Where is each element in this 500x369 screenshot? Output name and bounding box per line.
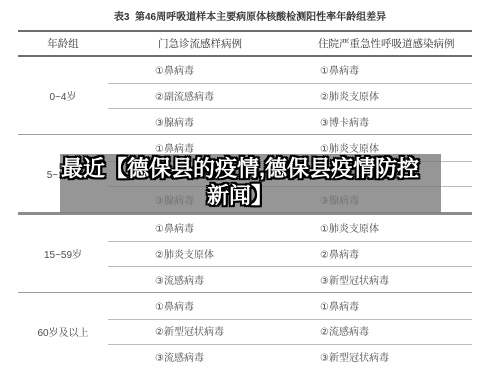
pathogen-cell: ②肺炎支原体 [313,83,472,109]
pathogen-cell: ②肺炎支原体 [108,241,313,267]
pathogen-cell: ③腺病毒 [108,108,313,134]
headline-line1: 最近【德保县的疫情,德保县疫情防控 [60,155,420,182]
age-group-section-15-59: 15~59岁 ①鼻病毒 ①肺炎支原体 ②肺炎支原体 ②鼻病毒 ③流感病毒 ③新型… [18,215,472,292]
age-group-section-60-plus: 60岁及以上 ①鼻病毒 ①鼻病毒 ②新型冠状病毒 ②流感病毒 ③流感病毒 ③新型… [18,293,472,369]
pathogen-cell: ③新型冠状病毒 [313,344,472,369]
pathogen-cell: ③流感病毒 [108,344,313,369]
pathogen-cell: ③新型冠状病毒 [313,266,472,292]
age-group-label: 15~59岁 [18,215,108,292]
row-divider [108,108,472,109]
column-header-inpatient-sari-cases: 住院严重急性呼吸道感染病例 [313,36,472,51]
pathogen-cell: ①鼻病毒 [108,57,313,83]
headline-overlay-banner[interactable]: 最近【德保县的疫情,德保县疫情防控 新闻】 [60,154,441,213]
table-title: 表3 第46周呼吸道样本主要病原体核酸检测阳性率年龄组差异 [0,8,500,23]
age-group-label: 60岁及以上 [18,293,108,369]
pathogen-cell: ①鼻病毒 [108,215,313,241]
pathogen-cell: ②鼻病毒 [313,241,472,267]
pathogen-cell: ②流感病毒 [313,318,472,343]
headline-line2: 新闻】 [60,182,420,209]
column-header-age-group: 年龄组 [18,36,108,51]
pathogen-cell: ①鼻病毒 [313,57,472,83]
row-divider [108,344,472,345]
screenshot-root: 表3 第46周呼吸道样本主要病原体核酸检测阳性率年龄组差异 年龄组 门急诊流感样… [0,0,500,369]
row-divider [108,266,472,267]
headline-text: 最近【德保县的疫情,德保县疫情防控 新闻】 [60,155,420,209]
pathogen-cell: ①鼻病毒 [313,293,472,318]
pathogen-cell: ②副流感病毒 [108,83,313,109]
row-divider [108,319,472,320]
pathogen-cell: ①鼻病毒 [108,293,313,318]
pathogen-cell: ②新型冠状病毒 [108,318,313,343]
age-group-label: 0~4岁 [18,57,108,134]
column-header-outpatient-ili-cases: 门急诊流感样病例 [108,36,313,51]
table-header-row: 年龄组 门急诊流感样病例 住院严重急性呼吸道感染病例 [18,32,472,55]
row-divider [108,241,472,242]
pathogen-cell: ①肺炎支原体 [313,215,472,241]
age-group-section-0-4: 0~4岁 ①鼻病毒 ①鼻病毒 ②副流感病毒 ②肺炎支原体 ③腺病毒 ③博卡病毒 [18,57,472,134]
row-divider [108,83,472,84]
pathogen-cell: ③流感病毒 [108,266,313,292]
pathogen-cell: ③博卡病毒 [313,108,472,134]
